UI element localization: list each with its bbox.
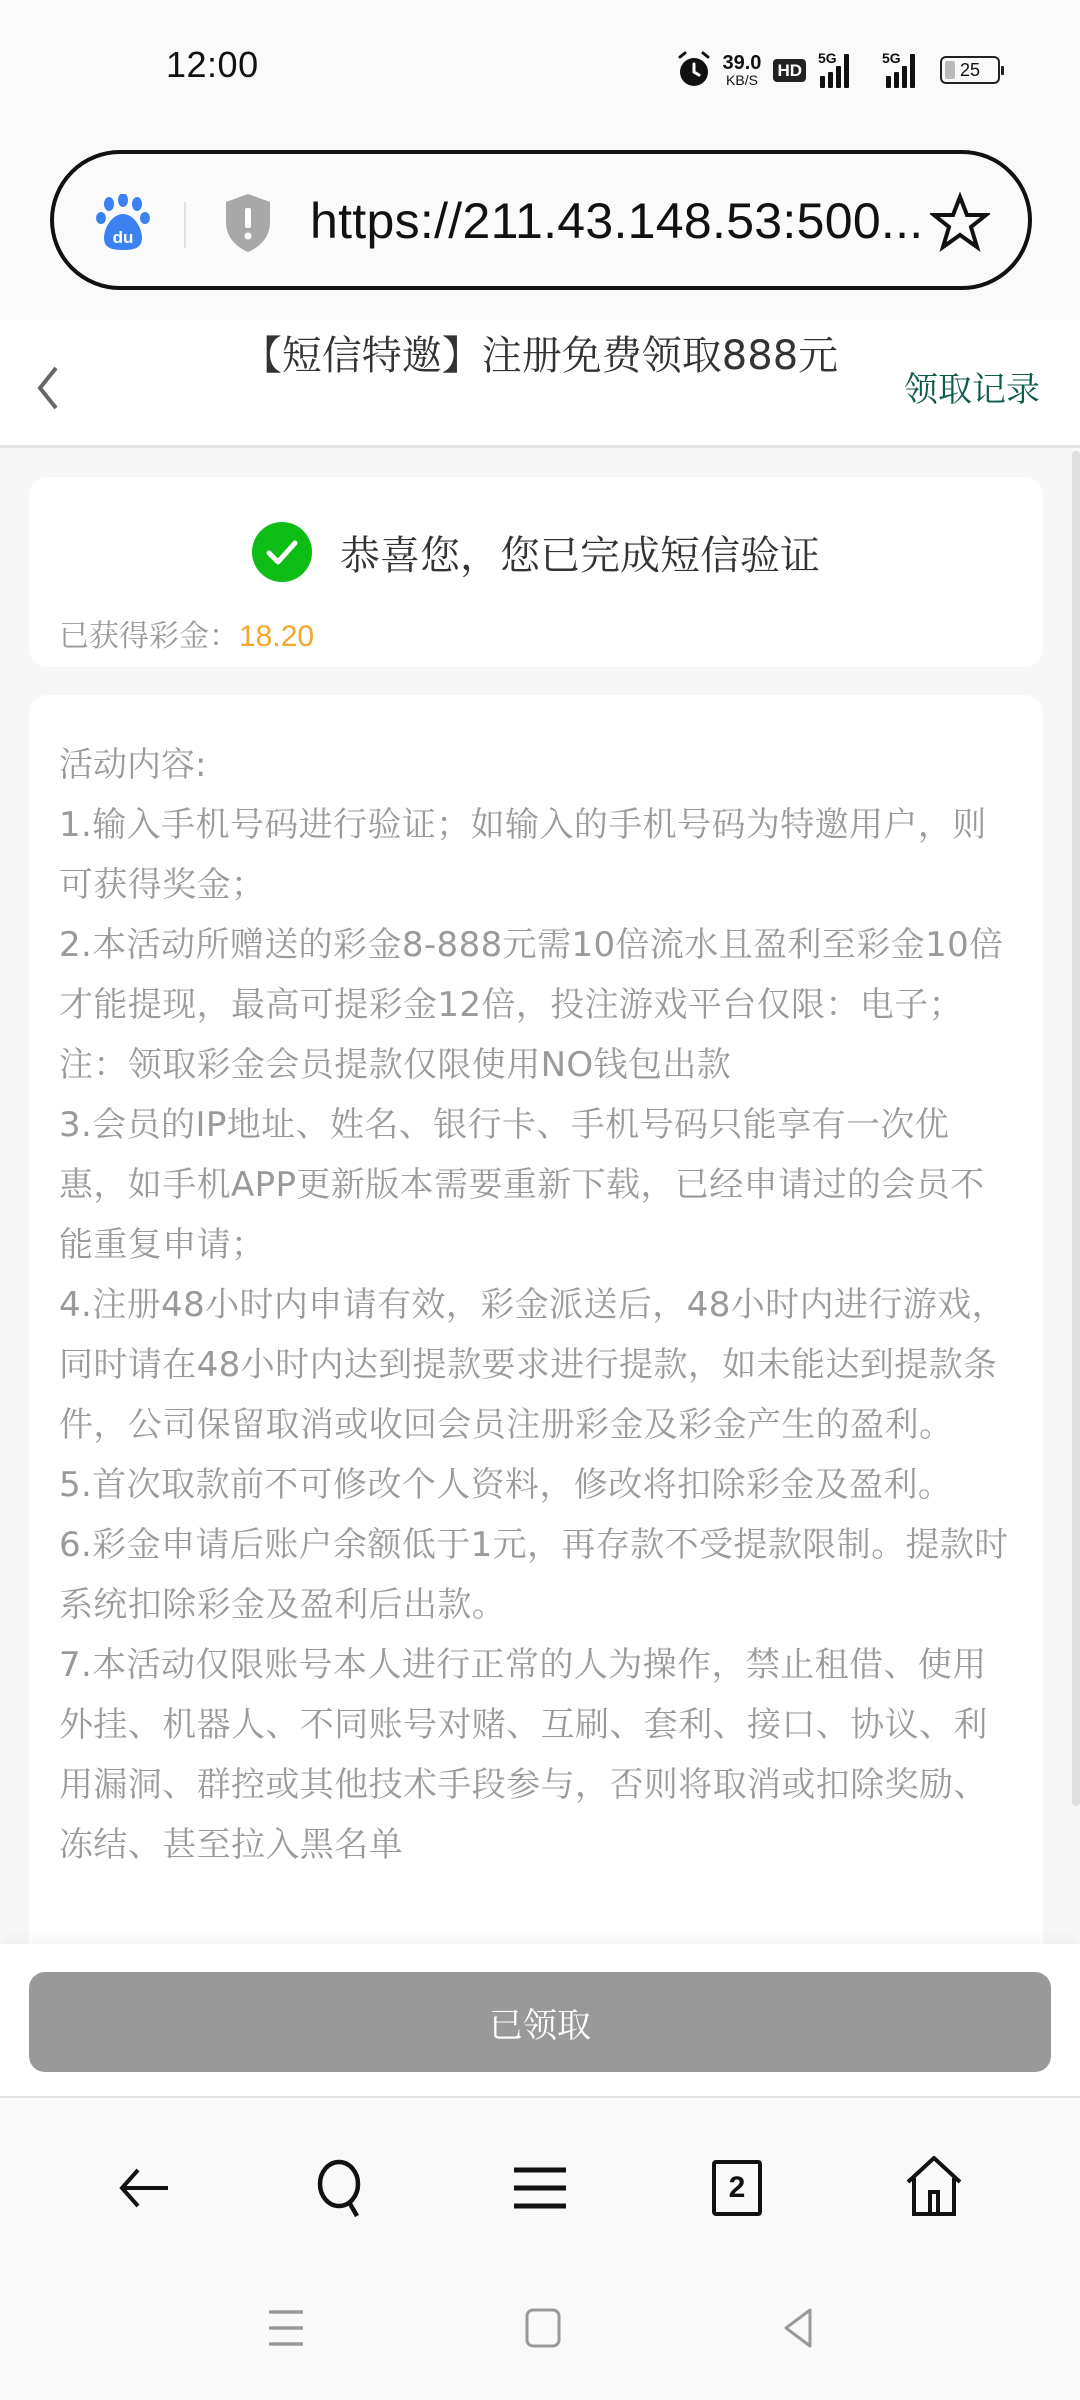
rule-item: 4.注册48小时内申请有效，彩金派送后，48小时内进行游戏，同时请在48小时内达…	[59, 1275, 1013, 1455]
system-nav-bar	[0, 2270, 1080, 2400]
page-header: 【短信特邀】注册免费领取888元 领取记录	[0, 320, 1080, 448]
browser-toolbar: 2	[0, 2098, 1080, 2270]
status-bar: 12:00 39.0 KB/S HD 5G 5G 25	[0, 0, 1080, 140]
address-bar[interactable]: du https://211.43.148.53:500...	[50, 150, 1032, 290]
address-divider	[184, 202, 186, 248]
shield-warning-icon[interactable]	[222, 192, 274, 254]
content-scroll-area[interactable]: 恭喜您，您已完成短信验证 已获得彩金：18.20 活动内容: 1.输入手机号码进…	[0, 451, 1080, 1944]
alarm-icon	[677, 51, 711, 89]
star-bookmark-icon[interactable]	[930, 192, 990, 252]
hd-voice-icon: HD	[773, 59, 806, 82]
check-circle-icon	[252, 522, 312, 582]
rule-item: 6.彩金申请后账户余额低于1元，再存款不受提款限制。提款时系统扣除彩金及盈利后出…	[59, 1515, 1013, 1635]
signal-5g-icon: 5G	[818, 52, 862, 88]
home-icon	[902, 2156, 966, 2220]
rule-item: 5.首次取款前不可修改个人资料，修改将扣除彩金及盈利。	[59, 1455, 1013, 1515]
baidu-paw-icon[interactable]: du	[94, 194, 152, 252]
rules-title: 活动内容:	[59, 735, 1013, 795]
browser-search-button[interactable]	[308, 2153, 378, 2223]
page-title: 【短信特邀】注册免费领取888元	[240, 328, 840, 384]
browser-address-area: du https://211.43.148.53:500...	[0, 140, 1080, 320]
system-back-button[interactable]	[770, 2298, 830, 2358]
rule-item: 1.输入手机号码进行验证；如输入的手机号码为特邀用户，则可获得奖金；	[59, 795, 1013, 915]
chevron-left-icon[interactable]	[28, 360, 68, 416]
svg-text:du: du	[113, 228, 134, 247]
claimed-button[interactable]: 已领取	[29, 1972, 1051, 2072]
system-home-button[interactable]	[513, 2298, 573, 2358]
network-speed: 39.0 KB/S	[723, 53, 762, 87]
scrollbar-thumb[interactable]	[1072, 451, 1080, 1806]
bonus-value: 18.20	[239, 620, 314, 653]
rules-card: 活动内容: 1.输入手机号码进行验证；如输入的手机号码为特邀用户，则可获得奖金；…	[29, 695, 1043, 1944]
browser-menu-button[interactable]	[505, 2153, 575, 2223]
search-icon	[311, 2156, 375, 2220]
claim-bar: 已领取	[0, 1944, 1080, 2098]
scrollbar-track[interactable]	[1072, 451, 1080, 1944]
menu-icon	[508, 2156, 572, 2220]
bonus-row: 已获得彩金：18.20	[59, 611, 314, 655]
claim-records-link[interactable]: 领取记录	[904, 362, 1040, 411]
recents-button[interactable]	[256, 2298, 316, 2358]
browser-tabs-button[interactable]: 2	[702, 2153, 772, 2223]
url-text[interactable]: https://211.43.148.53:500...	[310, 192, 950, 250]
success-card: 恭喜您，您已完成短信验证 已获得彩金：18.20	[29, 477, 1043, 667]
rule-item: 7.本活动仅限账号本人进行正常的人为操作，禁止租借、使用外挂、机器人、不同账号对…	[59, 1635, 1013, 1875]
battery-icon: 25	[940, 56, 1000, 84]
home-square-icon	[517, 2302, 569, 2354]
success-row: 恭喜您，您已完成短信验证	[29, 522, 1043, 582]
tabs-icon: 2	[712, 2160, 762, 2216]
rule-item: 3.会员的IP地址、姓名、银行卡、手机号码只能享有一次优惠，如手机APP更新版本…	[59, 1095, 1013, 1275]
bonus-label: 已获得彩金：	[59, 619, 239, 654]
browser-home-button[interactable]	[899, 2153, 969, 2223]
arrow-left-icon	[112, 2156, 176, 2220]
status-icons: 39.0 KB/S HD 5G 5G 25	[677, 48, 1001, 92]
rule-item: 2.本活动所赠送的彩金8-888元需10倍流水且盈利至彩金10倍才能提现，最高可…	[59, 915, 1013, 1095]
recents-icon	[260, 2302, 312, 2354]
back-triangle-icon	[774, 2302, 826, 2354]
signal-5g-data-icon: 5G	[874, 52, 928, 88]
status-time: 12:00	[166, 44, 259, 86]
success-message: 恭喜您，您已完成短信验证	[340, 524, 820, 581]
browser-back-button[interactable]	[109, 2153, 179, 2223]
